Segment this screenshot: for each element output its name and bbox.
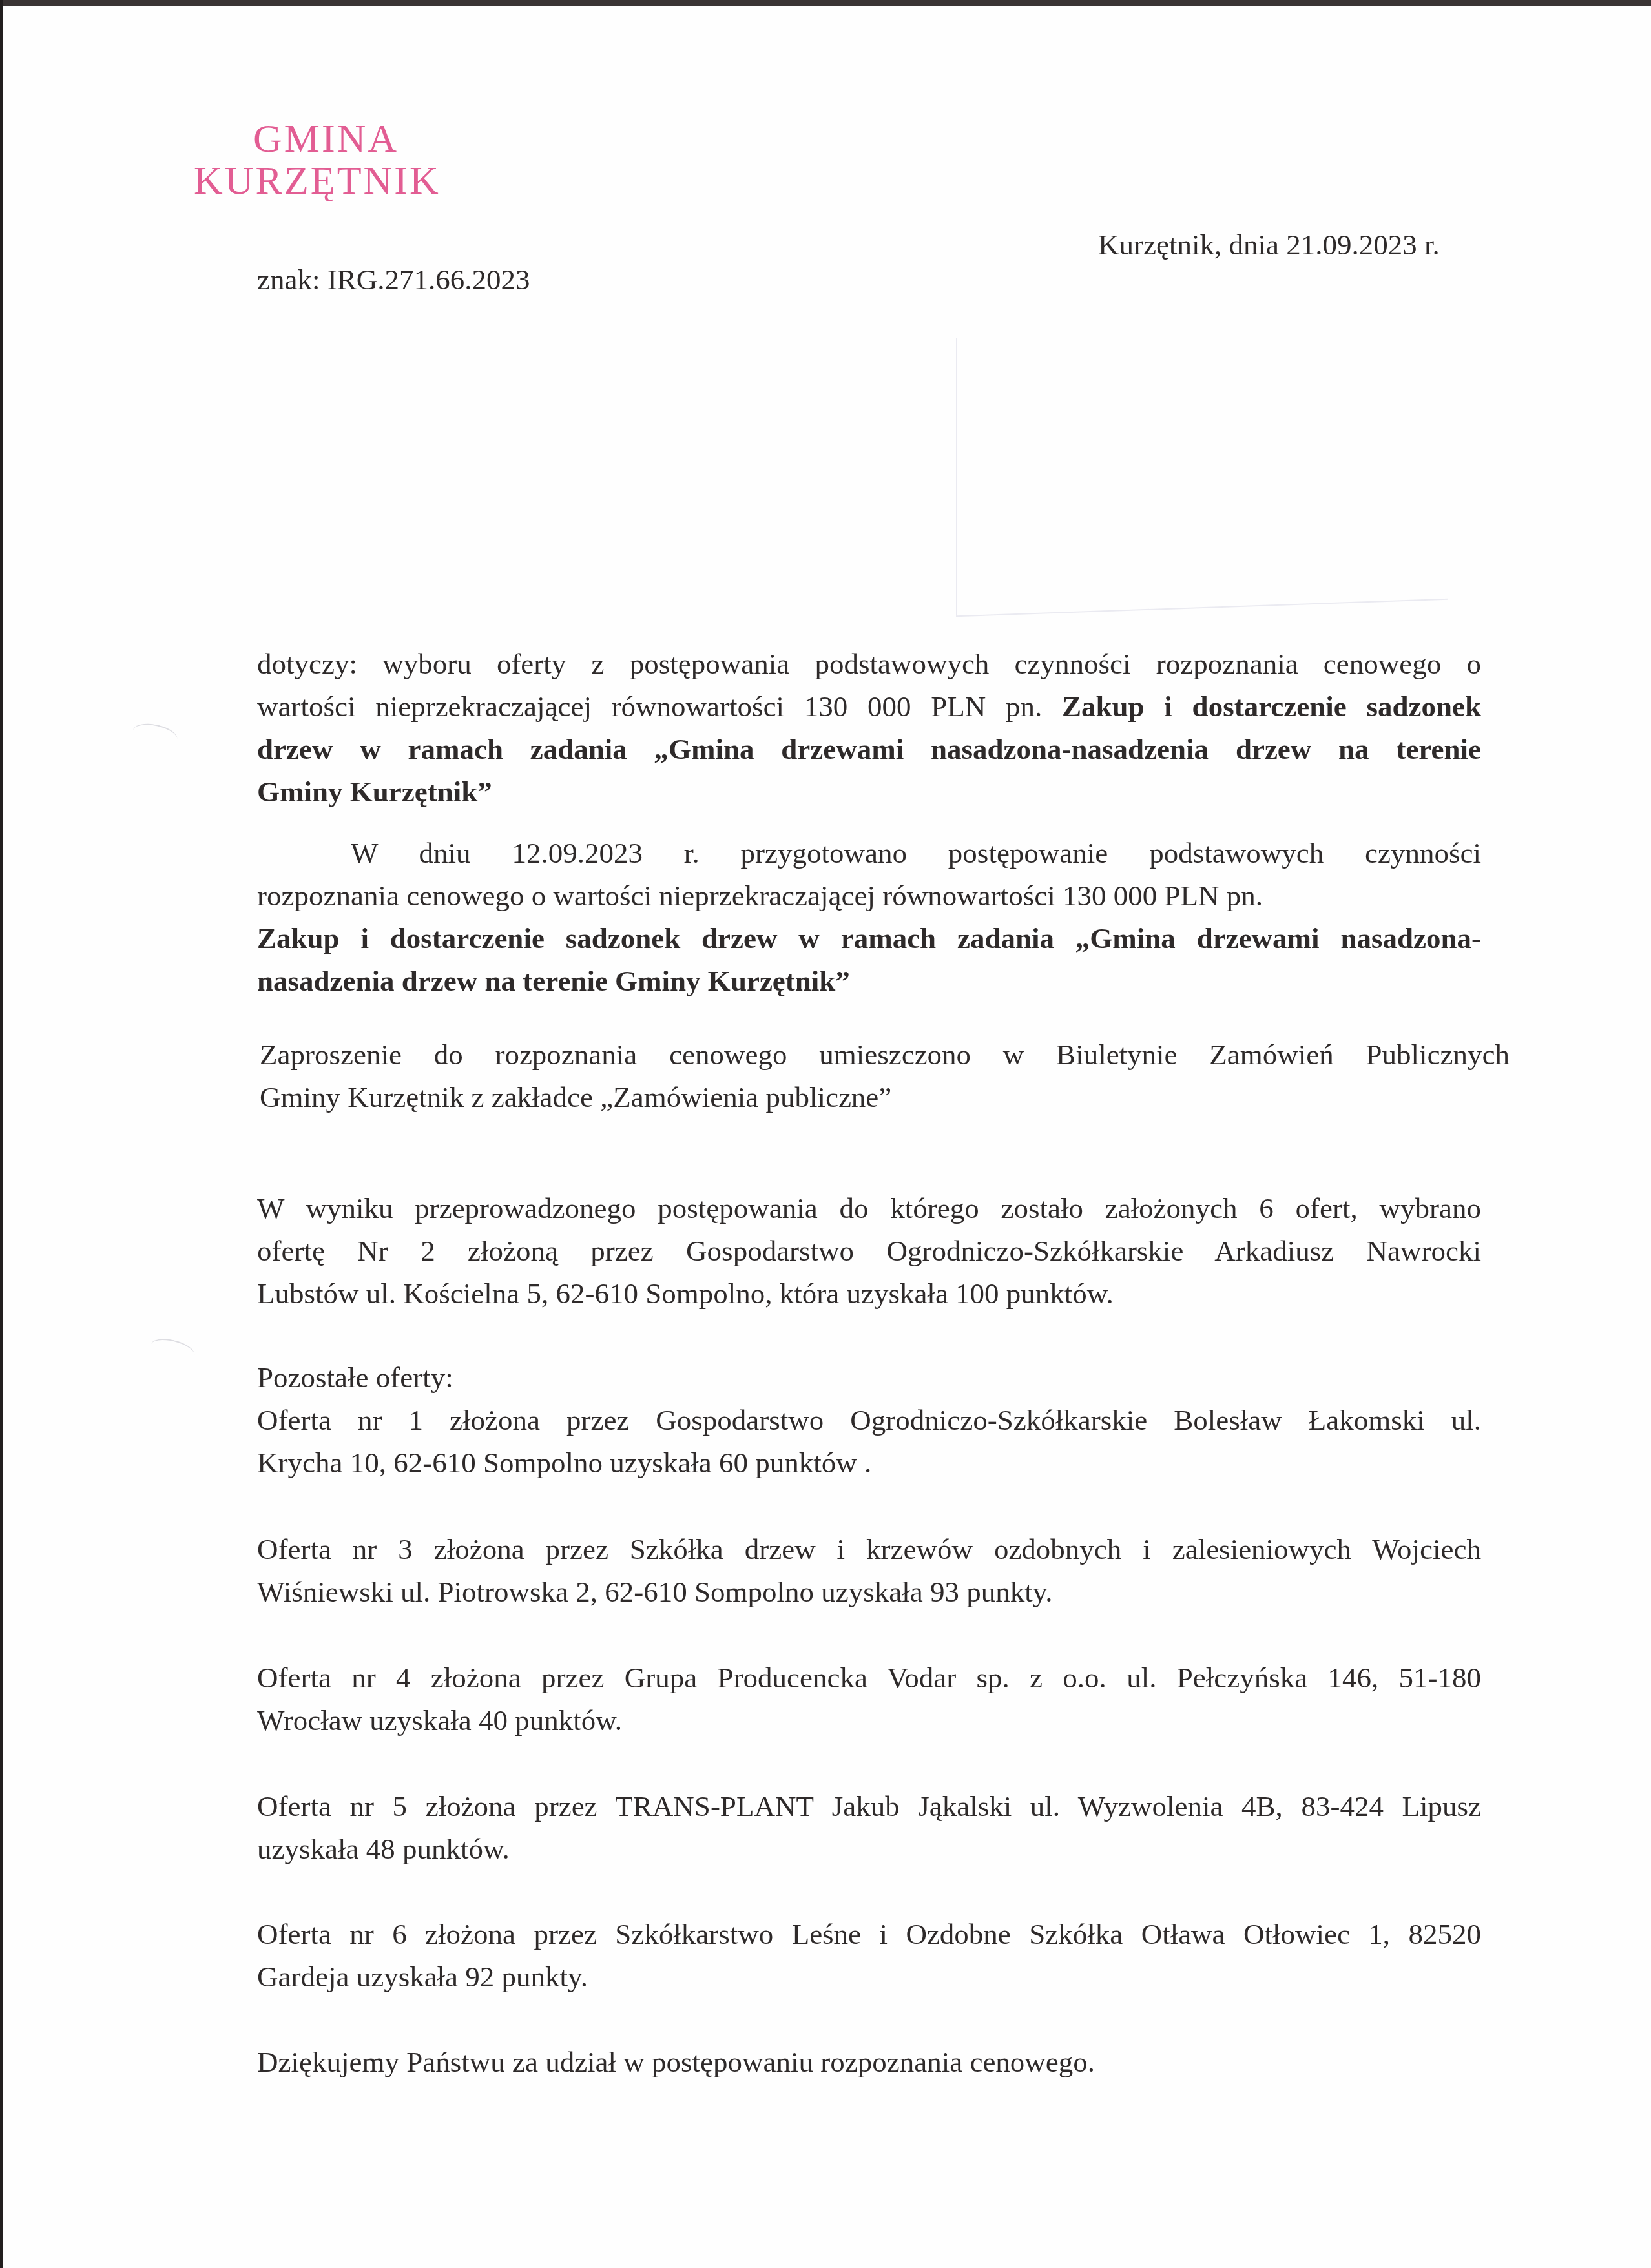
offer-line: uzyskała 48 punktów.	[257, 1828, 1481, 1870]
offer-item-3: Oferta nr 3 złożona przez Szkółka drzew …	[257, 1528, 1481, 1613]
offer-line: Oferta nr 3 złożona przez Szkółka drzew …	[257, 1528, 1481, 1571]
result-line: Lubstów ul. Kościelna 5, 62-610 Sompolno…	[257, 1272, 1481, 1315]
offer-line: Krycha 10, 62-610 Sompolno uzyskała 60 p…	[257, 1441, 1481, 1484]
offer-item-4: Oferta nr 4 złożona przez Grupa Producen…	[257, 1656, 1481, 1742]
intro-paragraph: W dniu 12.09.2023 r. przygotowano postęp…	[257, 832, 1481, 1002]
offer-item-6: Oferta nr 6 złożona przez Szkółkarstwo L…	[257, 1913, 1481, 1998]
invitation-line: Zaproszenie do rozpoznania cenowego umie…	[260, 1033, 1510, 1076]
subject-line: dotyczy: wyboru oferty z postępowania po…	[257, 643, 1481, 685]
subject-paragraph: dotyczy: wyboru oferty z postępowania po…	[257, 643, 1481, 813]
invitation-line: Gminy Kurzętnik z zakładce „Zamówienia p…	[260, 1076, 1510, 1119]
invitation-paragraph: Zaproszenie do rozpoznania cenowego umie…	[260, 1033, 1510, 1119]
stamp-kurzetnik: KURZĘTNIK	[194, 158, 441, 204]
offer-line: Oferta nr 5 złożona przez TRANS-PLANT Ja…	[257, 1785, 1481, 1828]
intro-line: Zakup i dostarczenie sadzonek drzew w ra…	[257, 917, 1481, 960]
offer-line: Oferta nr 6 złożona przez Szkółkarstwo L…	[257, 1913, 1481, 1955]
offer-line: Oferta nr 1 złożona przez Gospodarstwo O…	[257, 1399, 1481, 1441]
subject-line: Gminy Kurzętnik”	[257, 770, 1481, 813]
closing-thanks: Dziękujemy Państwu za udział w postępowa…	[257, 2041, 1481, 2083]
result-line: ofertę Nr 2 złożoną przez Gospodarstwo O…	[257, 1230, 1481, 1272]
offer-line: Oferta nr 4 złożona przez Grupa Producen…	[257, 1656, 1481, 1699]
offer-item-1: Oferta nr 1 złożona przez Gospodarstwo O…	[257, 1399, 1481, 1484]
subject-line: wartości nieprzekraczającej równowartośc…	[257, 685, 1481, 728]
offer-line: Wiśniewski ul. Piotrowska 2, 62-610 Somp…	[257, 1571, 1481, 1613]
offer-line: Gardeja uzyskała 92 punkty.	[257, 1955, 1481, 1998]
subject-line: drzew w ramach zadania „Gmina drzewami n…	[257, 728, 1481, 770]
other-offers-heading: Pozostałe oferty:	[257, 1356, 1481, 1399]
intro-line: W dniu 12.09.2023 r. przygotowano postęp…	[257, 832, 1481, 874]
stamp-gmina: GMINA	[253, 116, 399, 162]
faint-pencil-mark	[956, 321, 1448, 617]
result-paragraph: W wyniku przeprowadzonego postępowania d…	[257, 1187, 1481, 1315]
offer-item-5: Oferta nr 5 złożona przez TRANS-PLANT Ja…	[257, 1785, 1481, 1870]
place-and-date: Kurzętnik, dnia 21.09.2023 r.	[1098, 223, 1440, 266]
reference-number: znak: IRG.271.66.2023	[257, 258, 530, 301]
result-line: W wyniku przeprowadzonego postępowania d…	[257, 1187, 1481, 1230]
scan-top-edge	[0, 0, 1651, 6]
intro-line: rozpoznania cenowego o wartości nieprzek…	[257, 874, 1481, 917]
offer-line: Wrocław uzyskała 40 punktów.	[257, 1699, 1481, 1742]
intro-line: nasadzenia drzew na terenie Gminy Kurzęt…	[257, 960, 1481, 1002]
